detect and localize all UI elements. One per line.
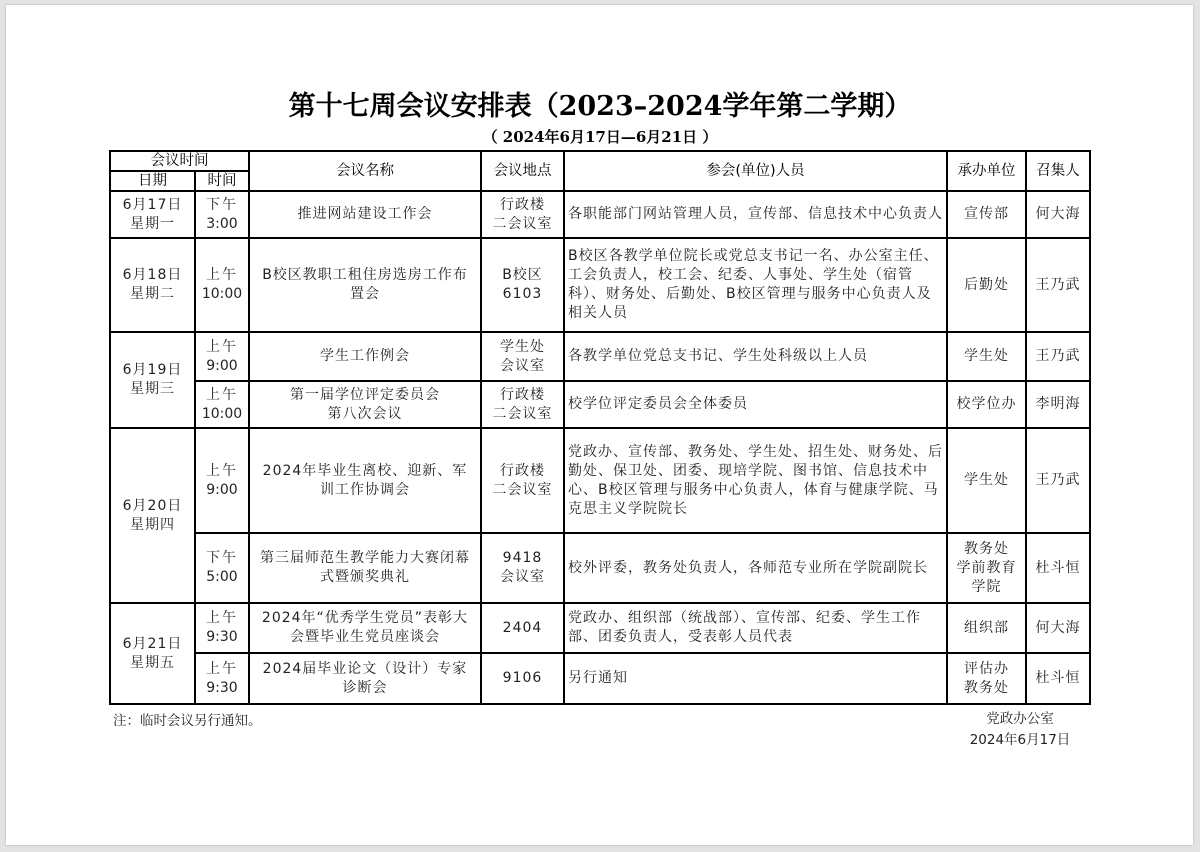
convener: 王乃武 (1026, 428, 1090, 533)
meeting-name: 2024届毕业论文（设计）专家诊断会 (249, 653, 481, 704)
meeting-name: 2024年“优秀学生党员”表彰大会暨毕业生党员座谈会 (249, 603, 481, 653)
time: 5:00 (199, 568, 245, 587)
convener: 何大海 (1026, 603, 1090, 653)
time: 10:00 (199, 285, 245, 304)
header-meeting-time: 会议时间 (110, 151, 249, 171)
convener: 何大海 (1026, 191, 1090, 238)
convener: 王乃武 (1026, 238, 1090, 332)
time: 3:00 (199, 215, 245, 234)
meeting-name: 第三届师范生教学能力大赛闭幕式暨颁奖典礼 (249, 533, 481, 603)
period: 上午 (199, 266, 245, 285)
issuer: 党政办公室 (940, 709, 1100, 730)
footer-note: 注：临时会议另行通知。 (113, 709, 262, 729)
meeting-name: 2024年毕业生离校、迎新、军训工作协调会 (249, 428, 481, 533)
header-organizer: 承办单位 (947, 151, 1026, 191)
location: 9106 (481, 653, 564, 704)
table-row: 6月17日星期一下午3:00推进网站建设工作会行政楼 二会议室各职能部门网站管理… (110, 191, 1090, 238)
time-cell: 上午9:30 (195, 603, 249, 653)
location: 行政楼 二会议室 (481, 191, 564, 238)
period: 上午 (199, 462, 245, 481)
table-row: 下午5:00第三届师范生教学能力大赛闭幕式暨颁奖典礼9418 会议室校外评委，教… (110, 533, 1090, 603)
date: 6月17日 (114, 196, 191, 215)
weekday: 星期四 (114, 516, 191, 535)
location: 9418 会议室 (481, 533, 564, 603)
date: 6月19日 (114, 361, 191, 380)
organizer: 评估办 教务处 (947, 653, 1026, 704)
time: 9:30 (199, 628, 245, 647)
location: 行政楼 二会议室 (481, 381, 564, 428)
convener: 杜斗恒 (1026, 533, 1090, 603)
weekday: 星期三 (114, 380, 191, 399)
period: 上午 (199, 386, 245, 405)
location: 学生处 会议室 (481, 332, 564, 381)
organizer: 校学位办 (947, 381, 1026, 428)
organizer: 学生处 (947, 332, 1026, 381)
time-cell: 上午9:30 (195, 653, 249, 704)
attendees: 校外评委，教务处负责人，各师范专业所在学院副院长 (564, 533, 947, 603)
time: 9:30 (199, 679, 245, 698)
document-title: 第十七周会议安排表（2023–2024学年第二学期） (0, 84, 1200, 123)
time-cell: 上午9:00 (195, 428, 249, 533)
attendees: 各教学单位党总支书记、学生处科级以上人员 (564, 332, 947, 381)
organizer: 宣传部 (947, 191, 1026, 238)
signature-block: 党政办公室 2024年6月17日 (940, 709, 1100, 751)
meeting-name: 第一届学位评定委员会 第八次会议 (249, 381, 481, 428)
time: 9:00 (199, 481, 245, 500)
attendees: 各职能部门网站管理人员，宣传部、信息技术中心负责人 (564, 191, 947, 238)
location: B校区 6103 (481, 238, 564, 332)
date: 6月18日 (114, 266, 191, 285)
time: 9:00 (199, 357, 245, 376)
convener: 王乃武 (1026, 332, 1090, 381)
header-date: 日期 (110, 171, 195, 191)
time-cell: 下午3:00 (195, 191, 249, 238)
organizer: 学生处 (947, 428, 1026, 533)
table-row: 6月20日星期四上午9:002024年毕业生离校、迎新、军训工作协调会行政楼 二… (110, 428, 1090, 533)
schedule-body: 6月17日星期一下午3:00推进网站建设工作会行政楼 二会议室各职能部门网站管理… (110, 191, 1090, 704)
meeting-schedule-table: 会议时间 会议名称 会议地点 参会(单位)人员 承办单位 召集人 日期 时间 6… (109, 150, 1091, 705)
attendees: 党政办、宣传部、教务处、学生处、招生处、财务处、后勤处、保卫处、团委、现培学院、… (564, 428, 947, 533)
meeting-name: B校区教职工租住房选房工作布置会 (249, 238, 481, 332)
date-cell: 6月20日星期四 (110, 428, 195, 603)
header-time: 时间 (195, 171, 249, 191)
convener: 杜斗恒 (1026, 653, 1090, 704)
time-cell: 上午10:00 (195, 238, 249, 332)
date-cell: 6月19日星期三 (110, 332, 195, 428)
weekday: 星期二 (114, 285, 191, 304)
date: 6月21日 (114, 635, 191, 654)
weekday: 星期五 (114, 654, 191, 673)
table-row: 6月19日星期三上午9:00学生工作例会学生处 会议室各教学单位党总支书记、学生… (110, 332, 1090, 381)
date-cell: 6月17日星期一 (110, 191, 195, 238)
table-row: 上午9:302024届毕业论文（设计）专家诊断会9106另行通知评估办 教务处杜… (110, 653, 1090, 704)
weekday: 星期一 (114, 215, 191, 234)
organizer: 组织部 (947, 603, 1026, 653)
issue-date: 2024年6月17日 (940, 730, 1100, 751)
time: 10:00 (199, 405, 245, 424)
header-location: 会议地点 (481, 151, 564, 191)
table-row: 6月18日星期二上午10:00B校区教职工租住房选房工作布置会B校区 6103B… (110, 238, 1090, 332)
period: 下午 (199, 549, 245, 568)
organizer: 教务处 学前教育 学院 (947, 533, 1026, 603)
date: 6月20日 (114, 497, 191, 516)
location: 行政楼 二会议室 (481, 428, 564, 533)
date-cell: 6月21日星期五 (110, 603, 195, 704)
header-convener: 召集人 (1026, 151, 1090, 191)
attendees: 校学位评定委员会全体委员 (564, 381, 947, 428)
table-row: 6月21日星期五上午9:302024年“优秀学生党员”表彰大会暨毕业生党员座谈会… (110, 603, 1090, 653)
period: 下午 (199, 196, 245, 215)
header-meeting-name: 会议名称 (249, 151, 481, 191)
organizer: 后勤处 (947, 238, 1026, 332)
meeting-name: 学生工作例会 (249, 332, 481, 381)
period: 上午 (199, 338, 245, 357)
date-range: （ 2024年6月17日—6月21日 ） (0, 126, 1200, 147)
attendees: 党政办、组织部（统战部）、宣传部、纪委、学生工作部、团委负责人，受表彰人员代表 (564, 603, 947, 653)
header-attendees: 参会(单位)人员 (564, 151, 947, 191)
meeting-name: 推进网站建设工作会 (249, 191, 481, 238)
convener: 李明海 (1026, 381, 1090, 428)
period: 上午 (199, 609, 245, 628)
period: 上午 (199, 660, 245, 679)
time-cell: 上午9:00 (195, 332, 249, 381)
date-cell: 6月18日星期二 (110, 238, 195, 332)
time-cell: 下午5:00 (195, 533, 249, 603)
location: 2404 (481, 603, 564, 653)
table-row: 上午10:00第一届学位评定委员会 第八次会议行政楼 二会议室校学位评定委员会全… (110, 381, 1090, 428)
attendees: B校区各教学单位院长或党总支书记一名、办公室主任、工会负责人，校工会、纪委、人事… (564, 238, 947, 332)
attendees: 另行通知 (564, 653, 947, 704)
time-cell: 上午10:00 (195, 381, 249, 428)
